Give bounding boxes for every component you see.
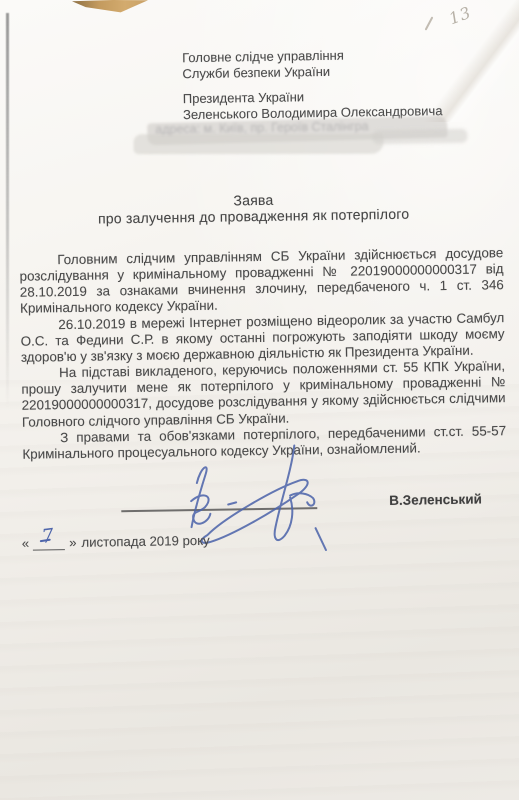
signatory-name: В.Зеленський: [389, 492, 482, 508]
handwritten-day: 7: [41, 525, 56, 548]
date-line: « 7 » листопада 2019 року: [22, 529, 210, 551]
redaction-smudge: [134, 134, 384, 154]
document-title: Заява про залучення до провадження як по…: [0, 188, 509, 228]
document-body: Головним слідчим управлінням СБ України …: [19, 245, 506, 463]
address-block: Головне слідче управління Служби безпеки…: [182, 46, 443, 122]
date-open-quote: «: [22, 536, 30, 551]
body-paragraph: 26.10.2019 в мережі Інтернет розміщено в…: [20, 310, 505, 366]
redaction-smudge: [372, 129, 467, 144]
document-photo: 13 Головне слідче управління Служби безп…: [0, 0, 519, 800]
handwritten-day-slot: 7: [33, 531, 65, 551]
date-rest: листопада 2019 року: [81, 533, 209, 550]
date-close-quote: »: [69, 535, 77, 550]
body-paragraph: Головним слідчим управлінням СБ України …: [19, 245, 504, 317]
document-page: Головне слідче управління Служби безпеки…: [0, 0, 519, 800]
body-paragraph: На підставі викладеного, керуючись полож…: [21, 358, 506, 430]
redacted-address: адреса: м. Київ, пр. Героїв Сталінгра: [147, 117, 466, 164]
